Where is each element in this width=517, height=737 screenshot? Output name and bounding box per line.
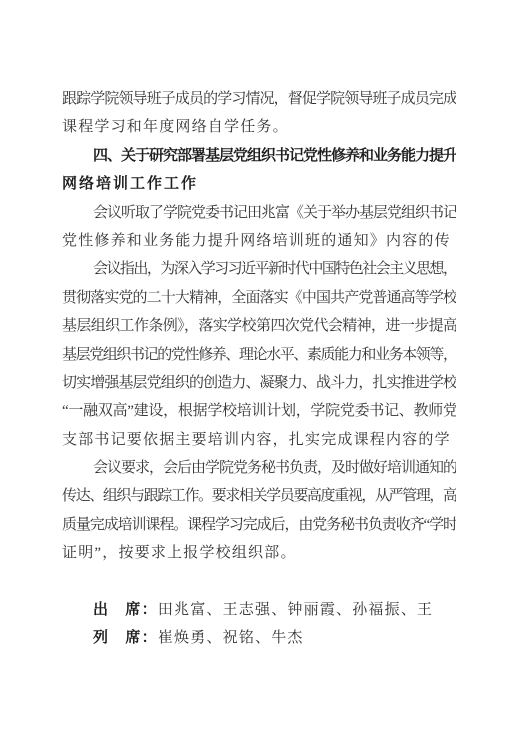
text-segment: 党性修养和业务能力提升网络培训班的通知》内容的传达。 [62, 233, 451, 255]
body-text-line: 质量完成培训课程。课程学习完成后，由党务秘书负责收齐“学时 [62, 511, 456, 539]
body-text-line: “一融双高”建设，根据学校培训计划，学院党委书记、教师党 [62, 397, 456, 425]
section-heading-line: 网络培训工作工作 [62, 170, 456, 198]
text-segment: 会议要求，会后由学院党务秘书负责，及时做好培训通知的 [93, 460, 456, 476]
body-text-line: 会议听取了学院党委书记田兆富《关于举办基层党组织书记 [62, 199, 456, 227]
text-segment: 崔焕勇、祝铭、牛杰 [158, 630, 304, 646]
body-text-line: 支部书记要依据主要培训内容，扎实完成课程内容的学习。 [62, 426, 456, 454]
body-text-line: 基层党组织书记的党性修养、理论水平、素质能力和业务本领等， [62, 341, 456, 369]
body-text-line: 课程学习和年度网络自学任务。 [62, 113, 456, 141]
body-text-line: 会议指出，为深入学习习近平新时代中国特色社会主义思想， [62, 255, 456, 283]
text-segment: 证明”，按要求上报学校组织部。 [62, 545, 297, 561]
attendance-label: 列 席： [93, 629, 158, 646]
body-text-line: 基层组织工作条例》，落实学校第四次党代会精神，进一步提高 [62, 312, 456, 340]
text-segment: 支部书记要依据主要培训内容，扎实完成课程内容的学习。 [62, 432, 451, 454]
body-text-line: 切实增强基层党组织的创造力、凝聚力、战斗力，扎实推进学校 [62, 369, 456, 397]
text-segment: 基层组织工作条例》，落实学校第四次党代会精神，进一步提高 [62, 318, 456, 334]
text-segment: 贯彻落实党的二十大精神，全面落实《中国共产党普通高等学校 [62, 290, 456, 306]
attendance-line: 出 席：田兆富、王志强、钟丽霞、孙福振、王雷、 [62, 596, 456, 624]
attendance-label: 网络培训工作工作 [62, 175, 198, 192]
text-segment: 传达、组织与跟踪工作。要求相关学员要高度重视，从严管理，高 [62, 488, 456, 504]
blank-line [62, 568, 456, 596]
body-text-line: 贯彻落实党的二十大精神，全面落实《中国共产党普通高等学校 [62, 284, 456, 312]
body-text-line: 跟踪学院领导班子成员的学习情况，督促学院领导班子成员完成 [62, 85, 456, 113]
body-text-line: 传达、组织与跟踪工作。要求相关学员要高度重视，从严管理，高 [62, 482, 456, 510]
document-body: 跟踪学院领导班子成员的学习情况，督促学院领导班子成员完成课程学习和年度网络自学任… [62, 85, 456, 653]
document-page: 跟踪学院领导班子成员的学习情况，督促学院领导班子成员完成课程学习和年度网络自学任… [0, 0, 517, 737]
text-segment: 会议听取了学院党委书记田兆富《关于举办基层党组织书记 [93, 205, 456, 221]
section-heading-line: 四、关于研究部署基层党组织书记党性修养和业务能力提升 [62, 142, 456, 170]
text-segment: 基层党组织书记的党性修养、理论水平、素质能力和业务本领等， [62, 347, 456, 363]
attendance-label: 出 席： [93, 601, 158, 618]
attendance-label: 四、关于研究部署基层党组织书记党性修养和业务能力提升 [93, 147, 456, 164]
text-segment: 切实增强基层党组织的创造力、凝聚力、战斗力，扎实推进学校 [62, 375, 456, 391]
body-text-line: 党性修养和业务能力提升网络培训班的通知》内容的传达。 [62, 227, 456, 255]
text-segment: 质量完成培训课程。课程学习完成后，由党务秘书负责收齐“学时 [62, 517, 456, 533]
body-text-line: 证明”，按要求上报学校组织部。 [62, 539, 456, 567]
attendance-line: 列 席：崔焕勇、祝铭、牛杰 [62, 624, 456, 652]
text-segment: “一融双高”建设，根据学校培训计划，学院党委书记、教师党 [62, 403, 456, 419]
text-segment: 跟踪学院领导班子成员的学习情况，督促学院领导班子成员完成 [62, 91, 456, 107]
text-segment: 会议指出，为深入学习习近平新时代中国特色社会主义思想， [93, 261, 456, 277]
body-text-line: 会议要求，会后由学院党务秘书负责，及时做好培训通知的 [62, 454, 456, 482]
text-segment: 课程学习和年度网络自学任务。 [62, 119, 289, 135]
